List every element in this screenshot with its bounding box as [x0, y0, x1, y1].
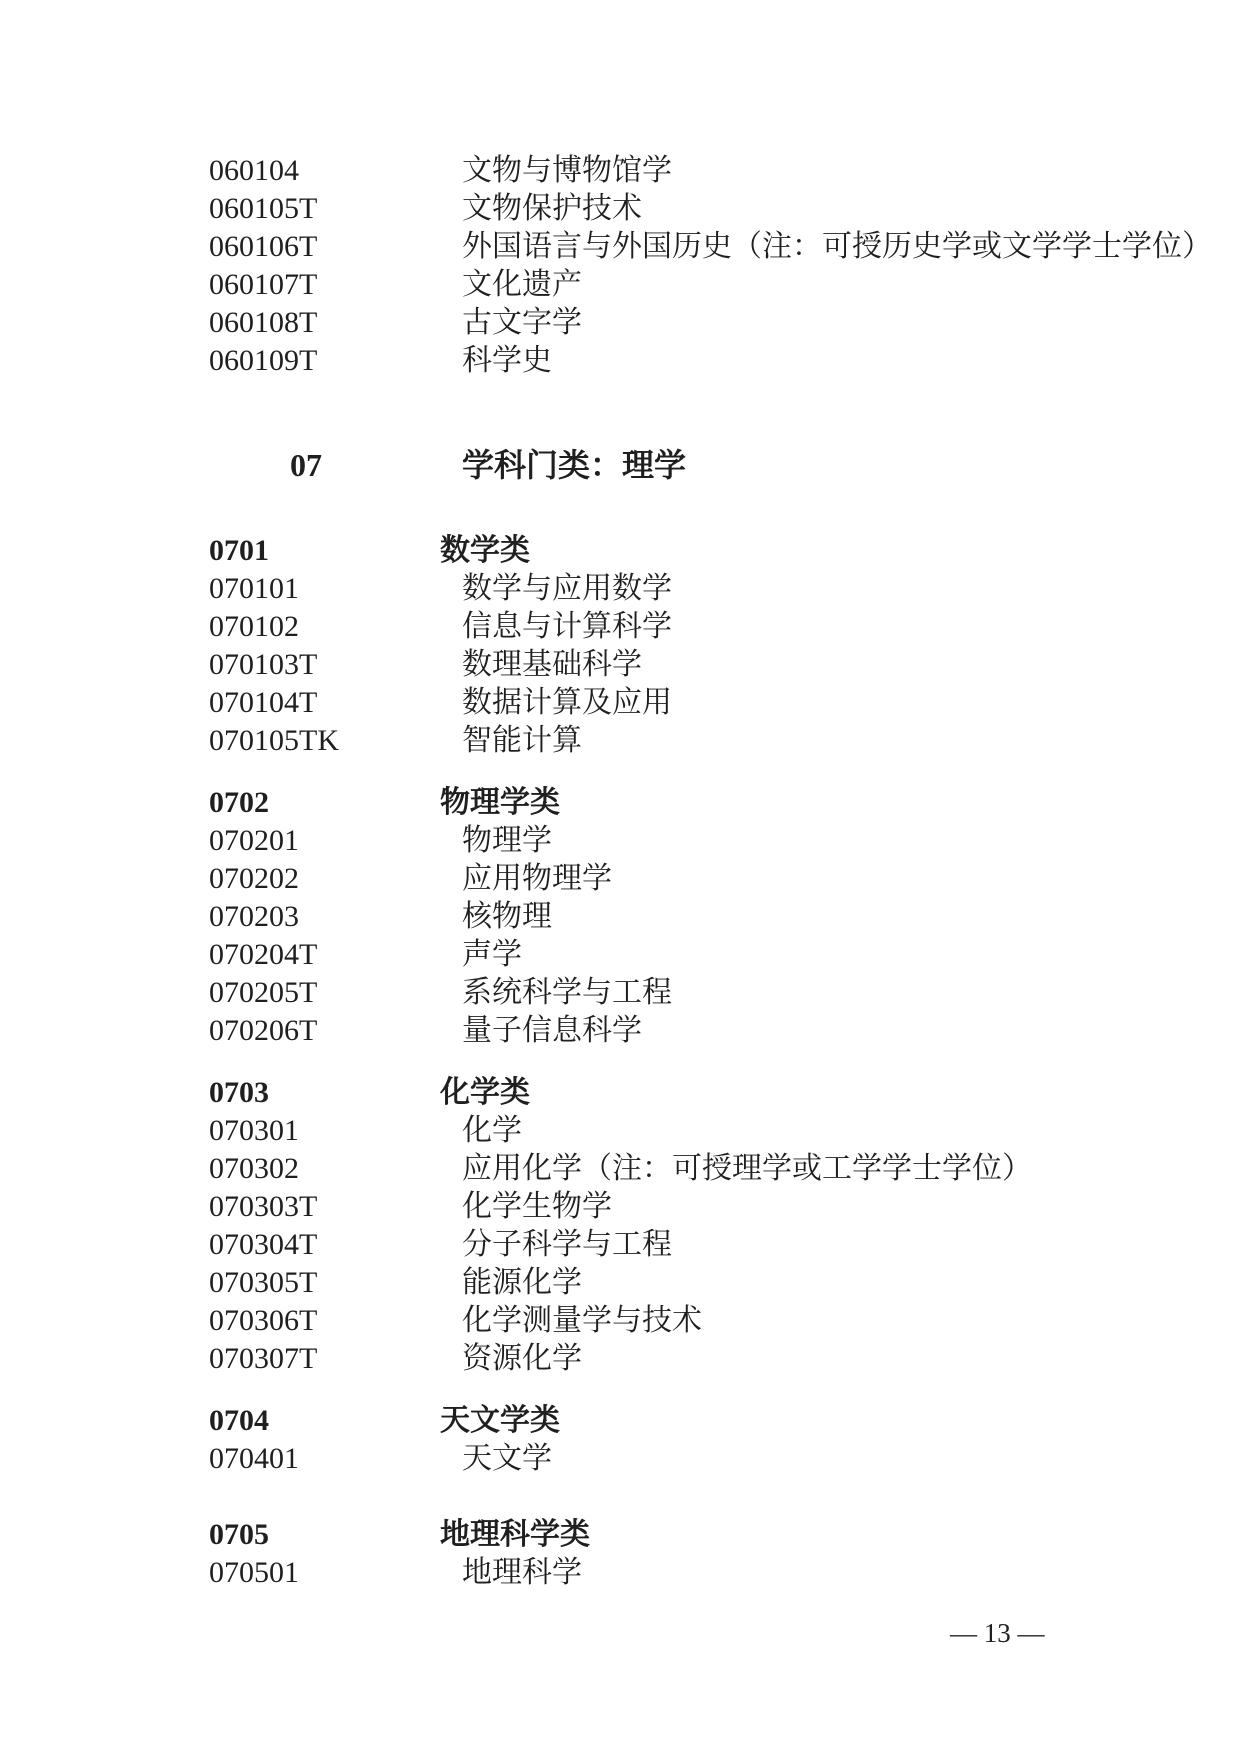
category-block: 0705 地理科学类 070501 地理科学 — [0, 1516, 1241, 1592]
catalog-row: 070201 物理学 — [0, 822, 1241, 860]
major-name: 化学生物学 — [440, 1188, 612, 1226]
category-code: 0703 — [209, 1074, 440, 1112]
catalog-row: 060106T 外国语言与外国历史（注：可授历史学或文学学士学位） — [0, 228, 1241, 266]
category-name: 数学类 — [440, 532, 530, 570]
major-name: 资源化学 — [440, 1340, 582, 1378]
catalog-row: 070202 应用物理学 — [0, 860, 1241, 898]
major-code: 070105TK — [209, 722, 440, 760]
major-code: 060109T — [209, 342, 440, 380]
major-code: 060107T — [209, 266, 440, 304]
major-code: 070401 — [209, 1440, 440, 1478]
major-name: 文物与博物馆学 — [440, 152, 672, 190]
major-name: 量子信息科学 — [440, 1012, 642, 1050]
catalog-row: 070307T 资源化学 — [0, 1340, 1241, 1378]
category-name: 化学类 — [440, 1074, 530, 1112]
major-name: 数据计算及应用 — [440, 684, 672, 722]
major-name: 应用化学（注：可授理学或工学学士学位） — [440, 1150, 1032, 1188]
category-code: 0704 — [209, 1402, 440, 1440]
major-code: 070206T — [209, 1012, 440, 1050]
major-code: 070302 — [209, 1150, 440, 1188]
catalog-row: 060104 文物与博物馆学 — [0, 152, 1241, 190]
major-name: 化学测量学与技术 — [440, 1302, 702, 1340]
catalog-row: 060108T 古文字学 — [0, 304, 1241, 342]
major-name: 天文学 — [440, 1440, 552, 1478]
catalog-row: 060105T 文物保护技术 — [0, 190, 1241, 228]
catalog-row: 070203 核物理 — [0, 898, 1241, 936]
major-code: 070301 — [209, 1112, 440, 1150]
catalog-row: 070101 数学与应用数学 — [0, 570, 1241, 608]
major-name: 化学 — [440, 1112, 522, 1150]
category-row: 0701 数学类 — [0, 532, 1241, 570]
major-code: 070306T — [209, 1302, 440, 1340]
category-block: 0704 天文学类 070401 天文学 — [0, 1402, 1241, 1478]
catalog-row: 070206T 量子信息科学 — [0, 1012, 1241, 1050]
major-name: 应用物理学 — [440, 860, 612, 898]
major-name: 智能计算 — [440, 722, 582, 760]
catalog-row: 060109T 科学史 — [0, 342, 1241, 380]
major-name: 核物理 — [440, 898, 552, 936]
catalog-row: 070105TK 智能计算 — [0, 722, 1241, 760]
category-row: 0704 天文学类 — [0, 1402, 1241, 1440]
catalog-row: 070103T 数理基础科学 — [0, 646, 1241, 684]
category-code: 0702 — [209, 784, 440, 822]
category-name: 天文学类 — [440, 1402, 560, 1440]
section-code: 07 — [290, 444, 462, 486]
catalog-content: 060104 文物与博物馆学 060105T 文物保护技术 060106T 外国… — [0, 152, 1241, 1592]
major-code: 070304T — [209, 1226, 440, 1264]
catalog-row: 060107T 文化遗产 — [0, 266, 1241, 304]
major-code: 070103T — [209, 646, 440, 684]
category-block: 0702 物理学类 070201 物理学 070202 应用物理学 070203… — [0, 784, 1241, 1050]
major-code: 070203 — [209, 898, 440, 936]
catalog-row: 070301 化学 — [0, 1112, 1241, 1150]
catalog-row: 070305T 能源化学 — [0, 1264, 1241, 1302]
major-code: 070307T — [209, 1340, 440, 1378]
major-name: 数学与应用数学 — [440, 570, 672, 608]
major-code: 070204T — [209, 936, 440, 974]
major-code: 070501 — [209, 1554, 440, 1592]
major-name: 分子科学与工程 — [440, 1226, 672, 1264]
category-row: 0703 化学类 — [0, 1074, 1241, 1112]
category-block: 0701 数学类 070101 数学与应用数学 070102 信息与计算科学 0… — [0, 532, 1241, 760]
catalog-row: 070102 信息与计算科学 — [0, 608, 1241, 646]
catalog-row: 070501 地理科学 — [0, 1554, 1241, 1592]
catalog-row: 070104T 数据计算及应用 — [0, 684, 1241, 722]
major-name: 信息与计算科学 — [440, 608, 672, 646]
major-code: 060106T — [209, 228, 440, 266]
document-page: 060104 文物与博物馆学 060105T 文物保护技术 060106T 外国… — [0, 0, 1241, 1755]
major-code: 070201 — [209, 822, 440, 860]
catalog-row: 070302 应用化学（注：可授理学或工学学士学位） — [0, 1150, 1241, 1188]
major-name: 物理学 — [440, 822, 552, 860]
catalog-row: 070304T 分子科学与工程 — [0, 1226, 1241, 1264]
category-block: 0703 化学类 070301 化学 070302 应用化学（注：可授理学或工学… — [0, 1074, 1241, 1378]
major-name: 古文字学 — [440, 304, 582, 342]
major-name: 系统科学与工程 — [440, 974, 672, 1012]
major-code: 070202 — [209, 860, 440, 898]
major-name: 文物保护技术 — [440, 190, 642, 228]
major-code: 070101 — [209, 570, 440, 608]
catalog-row: 070205T 系统科学与工程 — [0, 974, 1241, 1012]
category-name: 物理学类 — [440, 784, 560, 822]
category-code: 0705 — [209, 1516, 440, 1554]
catalog-row: 070306T 化学测量学与技术 — [0, 1302, 1241, 1340]
category-row: 0705 地理科学类 — [0, 1516, 1241, 1554]
catalog-row: 070303T 化学生物学 — [0, 1188, 1241, 1226]
major-code: 070303T — [209, 1188, 440, 1226]
catalog-row: 070204T 声学 — [0, 936, 1241, 974]
major-name: 外国语言与外国历史（注：可授历史学或文学学士学位） — [440, 228, 1212, 266]
continued-items-block: 060104 文物与博物馆学 060105T 文物保护技术 060106T 外国… — [0, 152, 1241, 380]
major-code: 070205T — [209, 974, 440, 1012]
page-number: — 13 — — [950, 1620, 1045, 1647]
major-code: 070305T — [209, 1264, 440, 1302]
category-row: 0702 物理学类 — [0, 784, 1241, 822]
major-name: 文化遗产 — [440, 266, 582, 304]
major-name: 科学史 — [440, 342, 552, 380]
major-code: 070102 — [209, 608, 440, 646]
major-code: 070104T — [209, 684, 440, 722]
major-name: 能源化学 — [440, 1264, 582, 1302]
major-code: 060108T — [209, 304, 440, 342]
major-code: 060104 — [209, 152, 440, 190]
category-code: 0701 — [209, 532, 440, 570]
section-title: 学科门类：理学 — [462, 444, 686, 486]
major-name: 数理基础科学 — [440, 646, 642, 684]
catalog-row: 070401 天文学 — [0, 1440, 1241, 1478]
major-name: 声学 — [440, 936, 522, 974]
category-name: 地理科学类 — [440, 1516, 590, 1554]
major-code: 060105T — [209, 190, 440, 228]
major-name: 地理科学 — [440, 1554, 582, 1592]
section-heading: 07 学科门类：理学 — [0, 444, 1241, 486]
